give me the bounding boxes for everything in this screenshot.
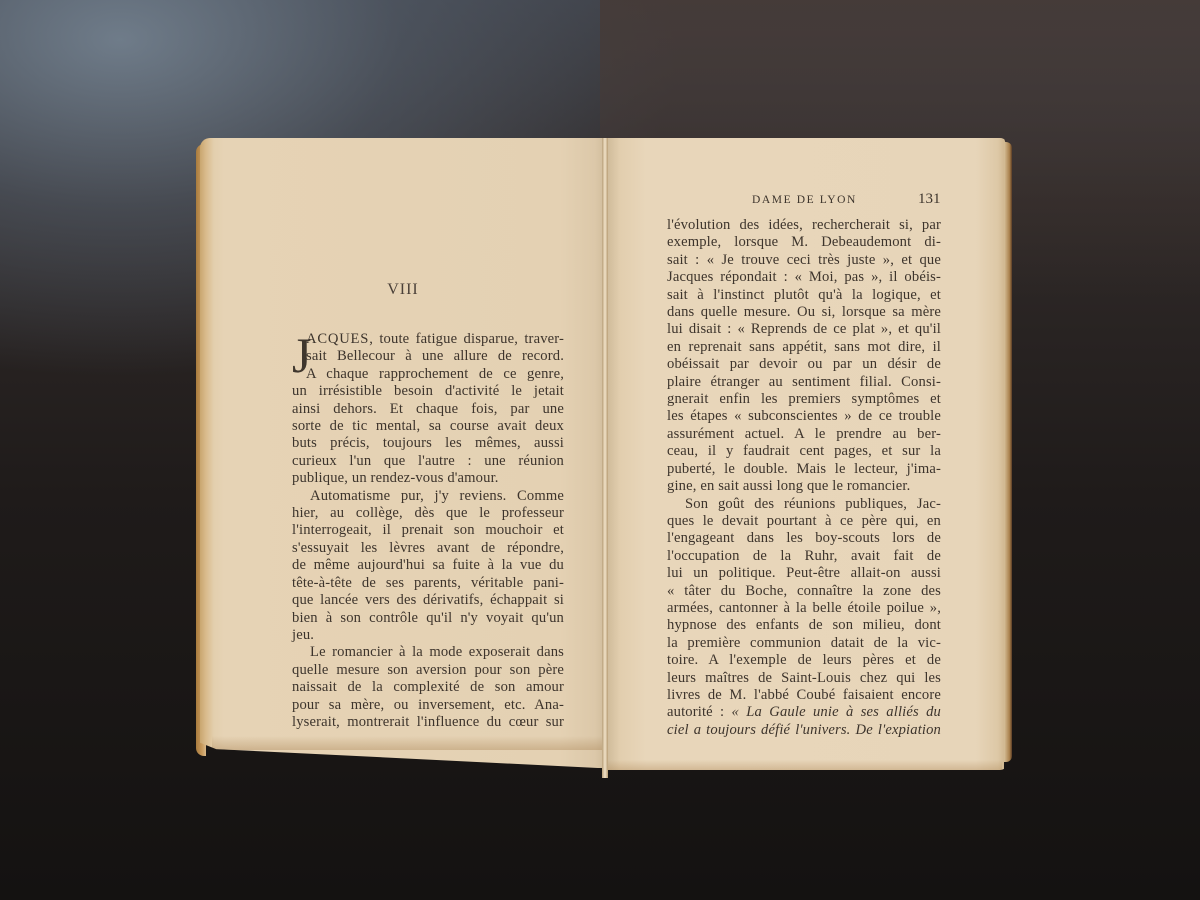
text-line: Son goût des réunions publiques, Jac- [667,496,941,513]
text-line: Automatisme pur, j'y reviens. Comme [292,488,564,505]
text-line: toire. A l'exemple de leurs pères et de [667,652,941,669]
running-head: DAME DE LYON [752,194,857,206]
text-line: pour sa mère, ou inversement, etc. Ana- [292,697,564,714]
text-line: ACQUES, toute fatigue disparue, traver- [292,331,564,348]
left-page-text: ACQUES, toute fatigue disparue, traver- … [292,331,564,731]
text-line: ceau, il y faudrait cent pages, et sur l… [667,443,941,460]
text-line: de même aujourd'hui sa fuite à la vue du [292,557,564,574]
text-line: armées, cantonner à la belle étoile poil… [667,600,941,617]
text-line-fragment: , toute fatigue disparue, traver- [369,331,564,347]
text-line: plaire étranger au sentiment filial. Con… [667,374,941,391]
text-line: « tâter du Boche, connaître la zone des [667,583,941,600]
text-line: autorité : « La Gaule unie à ses alliés … [667,704,941,721]
text-line: Le romancier à la mode exposerait dans [292,644,564,661]
text-line: leurs maîtres de Saint-Louis chez qui le… [667,670,941,687]
text-line: sorte de tic mental, sa course avait deu… [292,418,564,435]
text-line: buts précis, toujours les mêmes, aussi [292,435,564,452]
text-line: en reprenait sans appétit, sans mot dire… [667,339,941,356]
first-word-small-caps: ACQUES [306,331,369,347]
text-line: l'évolution des idées, rechercherait si,… [667,217,941,234]
right-page-edge [1004,142,1012,762]
chapter-number: VIII [200,281,606,299]
text-line: lui un politique. Peut-être allait-on au… [667,565,941,582]
text-line: ainsi dehors. Et chaque fois, par une [292,401,564,418]
text-line: gine, en sait aussi long que le romancie… [667,478,941,495]
text-line: l'engageant dans les boy-scouts lors de [667,530,941,547]
text-line: sait : « Je trouve ceci très juste », et… [667,252,941,269]
text-line: bien à son contrôle qu'il n'y voyait qu'… [292,610,564,627]
text-line: puberté, le double. Mais le lecteur, j'i… [667,461,941,478]
text-line: un irrésistible besoin d'activité le jet… [292,383,564,400]
book-spine [602,138,608,778]
text-line: jeu. [292,627,564,644]
text-line: assurément actuel. A le prendre au ber- [667,426,941,443]
text-line: livres de M. l'abbé Coubé faisaient enco… [667,687,941,704]
text-line: tête-à-tête de ses parents, véritable pa… [292,575,564,592]
text-line: les étapes « subconscientes » de ce trou… [667,408,941,425]
page-number: 131 [918,191,941,208]
text-line: curieux l'un que l'autre : une réunion [292,453,564,470]
text-line: l'occupation de la Ruhr, avait fait de [667,548,941,565]
quotation-italic: « La Gaule unie à ses alliés du [732,704,941,720]
text-line: Jacques répondait : « Moi, pas », il obé… [667,269,941,286]
text-line-fragment: autorité : [667,704,732,720]
text-line: hier, au collège, dès que le professeur [292,505,564,522]
text-line: sait à l'instinct plutôt qu'à la logique… [667,287,941,304]
text-line: s'essuyait les lèvres avant de répondre, [292,540,564,557]
text-line: gnerait enfin les premiers symptômes et [667,391,941,408]
text-line: lyserait, montrerait l'influence du cœur… [292,714,564,731]
text-line: obéissait par devoir ou par un désir de [667,356,941,373]
text-line: publique, un rendez-vous d'amour. [292,470,564,487]
text-line: naissait de la complexité de son amour [292,679,564,696]
right-page-text: l'évolution des idées, rechercherait si,… [667,217,941,739]
text-line: A chaque rapprochement de ce genre, [292,366,564,383]
text-line: dans quelle mesure. Ou si, lorsque sa mè… [667,304,941,321]
text-line: exemple, lorsque M. Debeaudemont di- [667,234,941,251]
text-line: la première communion datait de la vic- [667,635,941,652]
text-line: quelle mesure son aversion pour son père [292,662,564,679]
text-line: sait Bellecour à une allure de record. [292,348,564,365]
text-line: que lancée vers des dérivatifs, échappai… [292,592,564,609]
text-line: l'interrogeait, il prenait son mouchoir … [292,522,564,539]
text-line: lui disait : « Reprends de ce plat », et… [667,321,941,338]
text-line: ciel a toujours défié l'univers. De l'ex… [667,722,941,739]
text-line: hypnose des enfants de son milieu, dont [667,617,941,634]
text-line: ques le devait pourtant à ce père qui, e… [667,513,941,530]
open-book: VIII J ACQUES, toute fatigue disparue, t… [200,130,1012,772]
